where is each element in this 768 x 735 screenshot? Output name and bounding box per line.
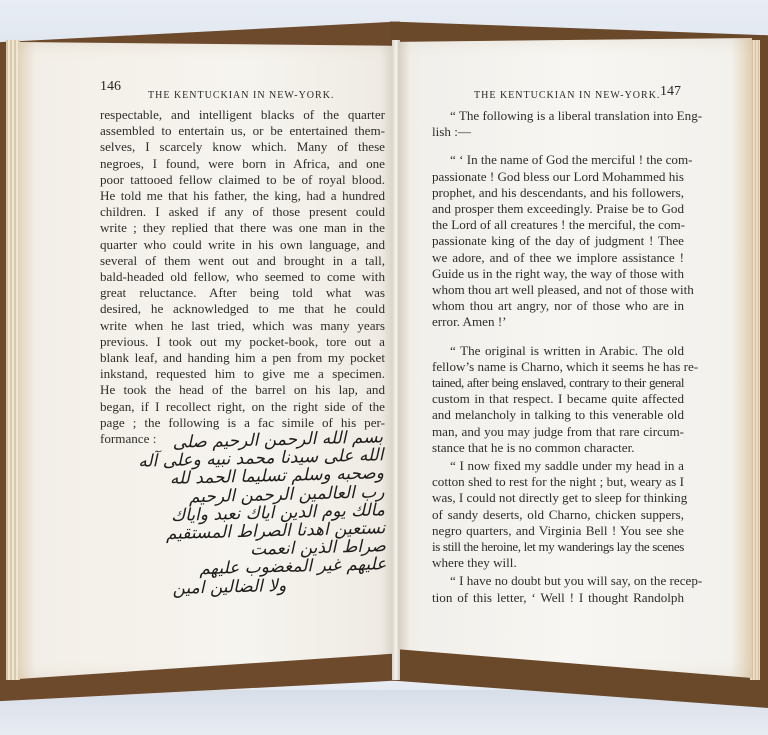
text-line: negroes, I found, were born in Africa, a… [100,156,385,172]
text-line: quarter who could write in his own langu… [100,237,385,253]
text-line: bald-headed old fellow, who seemed to co… [100,269,385,285]
text-line: blank leaf, and handing him a pen from m… [100,350,385,366]
arabic-facsimile: بسم الله الرحمن الرحيم صلى الله على سيدن… [98,428,387,603]
text-line: whom thou art angry, nor of those who ar… [432,298,684,314]
text-line: of sandy deserts, old Charno, chicken su… [432,507,684,523]
text-line: we adore, and of thee we implore assista… [432,250,684,266]
paragraph-original: “ The original is written in Arabic. The… [432,343,684,456]
paragraph-translation: “ ‘ In the name of God the merciful ! th… [432,152,684,330]
text-line: and melancholy in talking to this venera… [432,407,684,423]
text-line: where they will. [432,555,684,571]
text-line: stance that he is no common character. [432,440,684,456]
page-block-edge-left [6,40,20,680]
text-line: “ The original is written in Arabic. The… [432,343,684,359]
text-line: children. I asked if any of those presen… [100,204,385,220]
paragraph-randolph: “ I have no doubt but you will say, on t… [432,573,684,605]
text-line: passionate king of the day of judgment !… [432,233,684,249]
left-page-body: respectable, and intelligent blacks of t… [100,107,385,447]
paragraph-intro: “ The following is a liberal translation… [432,108,684,140]
text-line: fellow’s name is Charno, which it seems … [432,359,684,375]
text-line: selves, I scarcely know which. Many of t… [100,139,385,155]
paragraph-saddle: “ I now fixed my saddle under my head in… [432,458,684,571]
text-line: cotton shed to rest for the night ; but,… [432,474,684,490]
text-line: He told me that his father, the king, ha… [100,188,385,204]
text-line: custom in that respect. I became quite a… [432,391,684,407]
text-line: lish :— [432,124,684,140]
text-line: inkstand, requested him to give me a spe… [100,366,385,382]
text-line: “ I have no doubt but you will say, on t… [432,573,684,589]
text-line: write when he last tried, which was many… [100,318,385,334]
right-page-number: 147 [660,84,681,100]
right-page-body: “ The following is a liberal translation… [432,108,684,606]
text-line: tion of this letter, ‘ Well ! I thought … [432,590,684,606]
left-page-number: 146 [100,79,121,95]
text-line: and prosper them exceedingly. Praise be … [432,201,684,217]
text-line: Guide us in the right way, the way of th… [432,266,684,282]
text-line: man, and you may judge from that rare ci… [432,424,684,440]
text-line: desired, he acknowledged to me that he c… [100,301,385,317]
text-line: prophet, and his descendants, and his fo… [432,185,684,201]
text-line: tained, after being enslaved, contrary t… [432,375,684,391]
text-line: He took the head of the barrel on his la… [100,382,385,398]
text-line: “ I now fixed my saddle under my head in… [432,458,684,474]
text-line: several of them went out and brought in … [100,253,385,269]
text-line: was, I could not directly get to sleep f… [432,490,684,506]
text-line: assembled to entertain us, or be enterta… [100,123,385,139]
text-line: began, if I recollect right, on the righ… [100,399,385,415]
text-line: negro quarters, and Virginia Bell ! You … [432,523,684,539]
text-line: “ ‘ In the name of God the merciful ! th… [432,152,684,168]
right-running-head: THE KENTUCKIAN IN NEW-YORK. [474,90,660,101]
text-line: respectable, and intelligent blacks of t… [100,107,385,123]
text-line: “ The following is a liberal translation… [432,108,684,124]
text-line: the Lord of all creatures ! the merciful… [432,217,684,233]
text-line: great reluctance. After being told what … [100,285,385,301]
text-line: error. Amen !’ [432,314,684,330]
text-line: is still the heroine, let my wanderings … [432,539,684,555]
text-line: write ; they replied that there was one … [100,220,385,236]
left-running-head: THE KENTUCKIAN IN NEW-YORK. [148,90,334,101]
text-line: passionate ! God bless our Lord Mohammed… [432,169,684,185]
text-line: poor tattooed fellow claimed to be of ro… [100,172,385,188]
text-line: whom thou art well pleased, and not of t… [432,282,684,298]
text-line: previous. I took out my pocket-book, tor… [100,334,385,350]
